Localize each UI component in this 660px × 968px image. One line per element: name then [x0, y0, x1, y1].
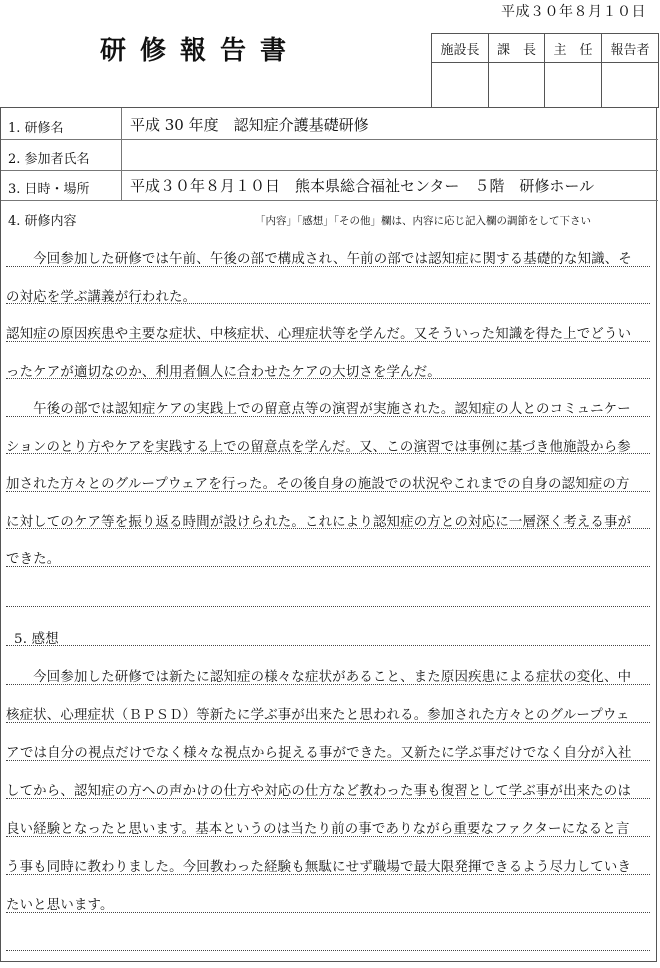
stamp-header-supervisor: 主 任	[545, 34, 602, 63]
ruled-line	[6, 566, 650, 567]
stamp-cell-supervisor[interactable]	[545, 63, 602, 108]
column-divider	[121, 171, 122, 200]
datetime-place-label: 3. 日時・場所	[8, 178, 90, 197]
column-divider	[121, 140, 122, 170]
column-divider	[121, 108, 122, 139]
training-name-value[interactable]: 平成 30 年度 認知症介護基礎研修	[130, 114, 369, 135]
ruled-line	[6, 836, 650, 837]
ruled-line	[6, 798, 650, 799]
stamp-cell-section-chief[interactable]	[489, 63, 545, 108]
ruled-line	[6, 416, 650, 417]
report-date: 平成３０年８月１０日	[501, 1, 646, 21]
ruled-line	[6, 722, 650, 723]
datetime-place-value[interactable]: 平成３０年８月１０日 熊本県総合福祉センター ５階 研修ホール	[130, 175, 594, 196]
ruled-line	[6, 912, 650, 913]
ruled-line	[6, 491, 650, 492]
stamp-cell-reporter[interactable]	[602, 63, 659, 108]
row-datetime-place: 3. 日時・場所 平成３０年８月１０日 熊本県総合福祉センター ５階 研修ホール	[1, 171, 658, 201]
content-line: 認知症の原因疾患や主要な症状、中核症状、心理症状等を学んだ。又そういった知識を得…	[6, 323, 652, 342]
content-line: 今回参加した研修では午前、午後の部で構成され、午前の部では認知症に関する基礎的な…	[6, 248, 652, 267]
content-line: できた。	[6, 548, 652, 567]
ruled-line	[6, 645, 650, 646]
ruled-line	[6, 760, 650, 761]
ruled-line	[6, 341, 650, 342]
ruled-line	[6, 684, 650, 685]
content-line: 午後の部では認知症ケアの実践上での留意点等の演習が実施された。認知症の人とのコミ…	[6, 398, 652, 417]
impressions-line: アでは自分の視点だけでなく様々な視点から捉える事ができた。又新たに学ぶ事だけでな…	[6, 742, 652, 761]
ruled-line	[6, 378, 650, 379]
training-name-label: 1. 研修名	[8, 117, 64, 136]
impressions-line: 今回参加した研修では新たに認知症の様々な症状があること、また原因疾患による症状の…	[6, 666, 652, 685]
content-label: 4. 研修内容	[8, 210, 77, 229]
content-line: 加された方々とのグループウェアを行った。その後自身の施設での状況やこれまでの自身…	[6, 473, 652, 492]
ruled-line	[6, 453, 650, 454]
impressions-line: 核症状、心理症状（ＢＰＳＤ）等新たに学ぶ事が出来たと思われる。参加された方々との…	[6, 704, 652, 723]
stamp-header-facility-director: 施設長	[432, 34, 489, 63]
ruled-line	[6, 950, 650, 951]
impressions-line: してから、認知症の方への声かけの仕方や対応の仕方など教わった事も復習として学ぶ事…	[6, 780, 652, 799]
page-title: 研修報告書	[100, 30, 340, 67]
ruled-line	[6, 528, 650, 529]
row-training-name: 1. 研修名 平成 30 年度 認知症介護基礎研修	[1, 108, 658, 140]
ruled-line	[6, 266, 650, 267]
row-participant: 2. 参加者氏名	[1, 140, 658, 171]
content-hint: 「内容」「感想」「その他」欄は、内容に応じ記入欄の調節をして下さい	[255, 213, 591, 228]
impressions-line: う事も同時に教わりました。今回教わった経験も無駄にせず職場で最大限発揮できるよう…	[6, 856, 652, 875]
stamp-header-reporter: 報告者	[602, 34, 659, 63]
impressions-line: たいと思います。	[6, 894, 652, 913]
ruled-line	[6, 303, 650, 304]
stamp-header-section-chief: 課 長	[489, 34, 545, 63]
participant-label: 2. 参加者氏名	[8, 148, 90, 167]
impressions-line: 良い経験となったと思います。基本というのは当たり前の事でありながら重要なファクタ…	[6, 818, 652, 837]
ruled-line	[6, 606, 650, 607]
stamp-cell-facility-director[interactable]	[432, 63, 489, 108]
approval-stamp-table: 施設長 課 長 主 任 報告者	[431, 33, 659, 108]
ruled-line	[6, 874, 650, 875]
